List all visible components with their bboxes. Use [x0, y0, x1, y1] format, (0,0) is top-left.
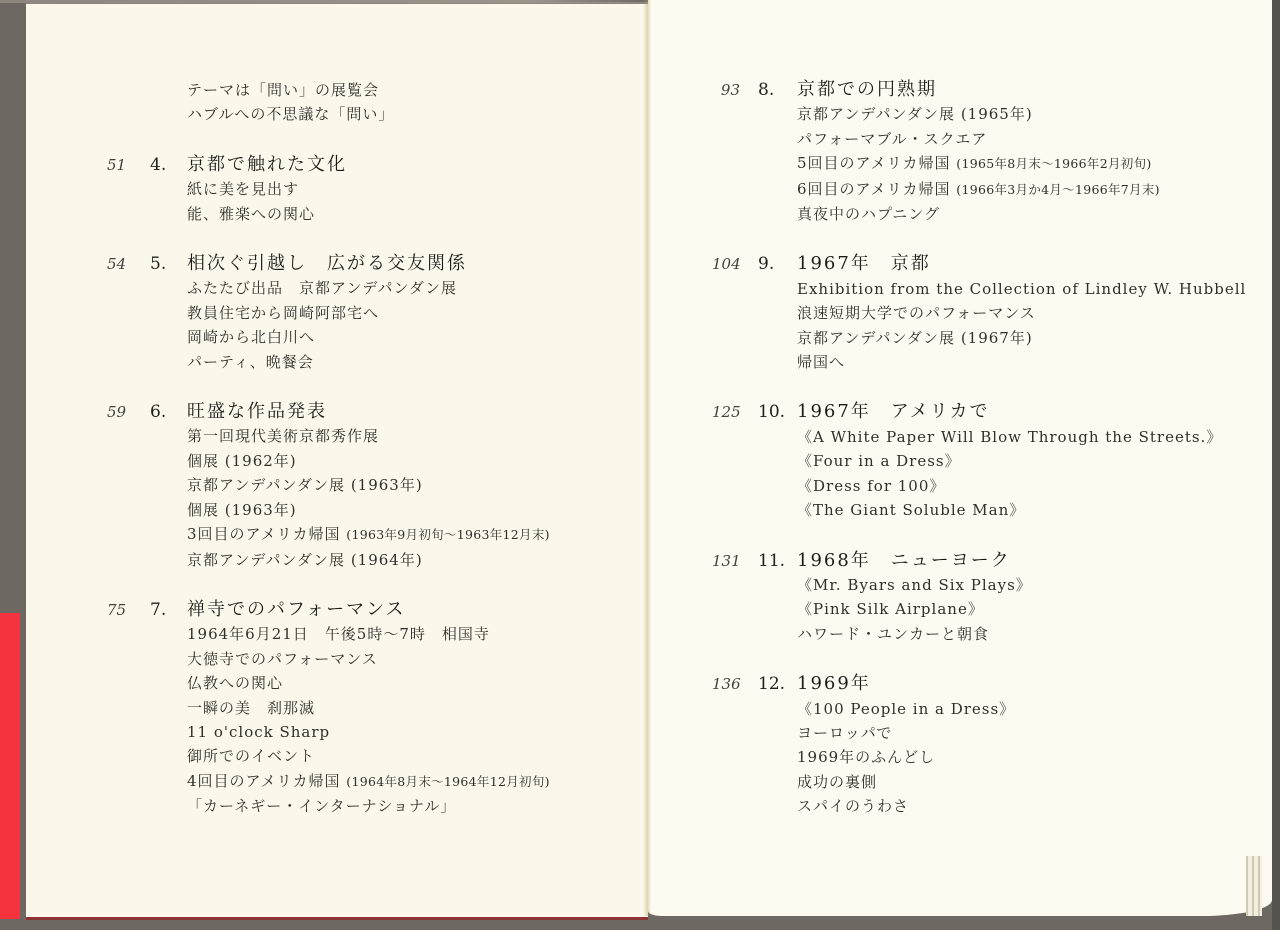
- toc-item: 仏教への関心: [107, 671, 642, 695]
- toc-item: 11 o'clock Sharp: [107, 720, 642, 744]
- toc-item-text: ハブルへの不思議な「問い」: [187, 105, 394, 123]
- toc-item-text: 京都アンデパンダン展 (1964年): [187, 551, 423, 569]
- section-number: 4.: [150, 153, 187, 177]
- section-number: 7.: [150, 598, 187, 622]
- toc-item: 《Four in a Dress》: [712, 449, 1268, 473]
- toc-item: 京都アンデパンダン展 (1965年): [712, 102, 1268, 126]
- toc-item-text: ハワード・ユンカーと朝食: [797, 625, 989, 643]
- toc-section: 131 11. 1968年 ニューヨーク 《Mr. Byars and Six …: [712, 549, 1268, 647]
- section-title: 相次ぐ引越し 広がる交友関係: [187, 252, 467, 276]
- toc-item: 成功の裏側: [712, 770, 1268, 794]
- toc-item-text: 京都アンデパンダン展 (1965年): [797, 105, 1033, 123]
- toc-item-text: 第一回現代美術京都秀作展: [187, 427, 379, 445]
- toc-item: 能、雅楽への関心: [107, 202, 642, 226]
- toc-item-text: 3回目のアメリカ帰国: [187, 525, 341, 543]
- toc-item-text: 11 o'clock Sharp: [187, 723, 330, 741]
- toc-item-text: ふたたび出品 京都アンデパンダン展: [187, 279, 457, 297]
- toc-item-text: テーマは「問い」の展覧会: [187, 81, 379, 99]
- page-number: 136: [712, 672, 740, 696]
- toc-right-column: 93 8. 京都での円熟期 京都アンデパンダン展 (1965年) パフォーマブル…: [712, 78, 1268, 819]
- toc-item-text: Exhibition from the Collection of Lindle…: [797, 280, 1246, 298]
- toc-item: 岡崎から北白川へ: [107, 325, 642, 349]
- toc-item: 教員住宅から岡崎阿部宅へ: [107, 301, 642, 325]
- book-scan: テーマは「問い」の展覧会 ハブルへの不思議な「問い」 51 4. 京都で触れた文…: [0, 0, 1280, 930]
- toc-item: 御所でのイベント: [107, 744, 642, 768]
- toc-item: 紙に美を見出す: [107, 177, 642, 201]
- toc-section: 51 4. 京都で触れた文化 紙に美を見出す 能、雅楽への関心: [107, 153, 642, 226]
- toc-item-text: 京都アンデパンダン展 (1967年): [797, 329, 1033, 347]
- toc-left-column: テーマは「問い」の展覧会 ハブルへの不思議な「問い」 51 4. 京都で触れた文…: [107, 78, 642, 819]
- page-number: 93: [712, 78, 740, 102]
- toc-section: 136 12. 1969年 《100 People in a Dress》 ヨー…: [712, 672, 1268, 818]
- toc-item: 京都アンデパンダン展 (1967年): [712, 326, 1268, 350]
- spine-gutter-shadow: [643, 0, 651, 916]
- toc-item: 個展 (1962年): [107, 449, 642, 473]
- toc-item: ふたたび出品 京都アンデパンダン展: [107, 276, 642, 300]
- toc-item: パーティ、晩餐会: [107, 350, 642, 374]
- section-title: 京都での円熟期: [797, 78, 937, 102]
- toc-item: ヨーロッパで: [712, 721, 1268, 745]
- toc-section-heading-row: 54 5. 相次ぐ引越し 広がる交友関係: [107, 252, 642, 276]
- toc-item-text: 仏教への関心: [187, 674, 283, 692]
- toc-section-heading-row: 131 11. 1968年 ニューヨーク: [712, 549, 1268, 573]
- toc-section: 125 10. 1967年 アメリカで 《A White Paper Will …: [712, 400, 1268, 522]
- section-number: 9.: [758, 252, 797, 276]
- toc-section-heading-row: 51 4. 京都で触れた文化: [107, 153, 642, 177]
- toc-item: 浪速短期大学でのパフォーマンス: [712, 301, 1268, 325]
- toc-item-text: 4回目のアメリカ帰国: [187, 772, 341, 790]
- toc-item: ハブルへの不思議な「問い」: [107, 102, 642, 126]
- toc-item: 1969年のふんどし: [712, 745, 1268, 769]
- toc-item-text: 《Pink Silk Airplane》: [797, 600, 984, 618]
- toc-item: 真夜中のハプニング: [712, 202, 1268, 226]
- toc-item-text: 浪速短期大学でのパフォーマンス: [797, 304, 1036, 322]
- toc-section-heading-row: 125 10. 1967年 アメリカで: [712, 400, 1268, 424]
- toc-section-heading-row: 75 7. 禅寺でのパフォーマンス: [107, 598, 642, 622]
- toc-item: 《Dress for 100》: [712, 474, 1268, 498]
- toc-section-heading-row: 104 9. 1967年 京都: [712, 252, 1268, 276]
- toc-item: パフォーマブル・スクエア: [712, 127, 1268, 151]
- toc-section: 93 8. 京都での円熟期 京都アンデパンダン展 (1965年) パフォーマブル…: [712, 78, 1268, 226]
- section-number: 10.: [758, 400, 797, 424]
- toc-item-text: 大徳寺でのパフォーマンス: [187, 650, 378, 668]
- toc-item: ハワード・ユンカーと朝食: [712, 622, 1268, 646]
- toc-item: 《A White Paper Will Blow Through the Str…: [712, 425, 1268, 449]
- toc-item-text: 《Dress for 100》: [797, 477, 945, 495]
- page-number: 59: [107, 400, 150, 424]
- toc-section-heading-row: 93 8. 京都での円熟期: [712, 78, 1268, 102]
- page-number: 54: [107, 252, 150, 276]
- toc-item-text: 紙に美を見出す: [187, 180, 299, 198]
- toc-item: 一瞬の美 刹那滅: [107, 696, 642, 720]
- toc-section: 104 9. 1967年 京都 Exhibition from the Coll…: [712, 252, 1268, 374]
- toc-item-text: 《Mr. Byars and Six Plays》: [797, 576, 1032, 594]
- page-number: 51: [107, 153, 150, 177]
- toc-item-text: パーティ、晩餐会: [187, 353, 314, 371]
- toc-item-text: 「カーネギー・インターナショナル」: [187, 797, 456, 815]
- toc-item-text: 《Four in a Dress》: [797, 452, 961, 470]
- toc-item-text: 個展 (1963年): [187, 501, 297, 519]
- page-number: 131: [712, 549, 740, 573]
- toc-item: 個展 (1963年): [107, 498, 642, 522]
- toc-item-note: (1963年9月初旬～1963年12月末): [346, 527, 550, 542]
- toc-item-text: 一瞬の美 刹那滅: [187, 699, 315, 717]
- toc-item-text: パフォーマブル・スクエア: [797, 130, 987, 148]
- toc-item: 「カーネギー・インターナショナル」: [107, 794, 642, 818]
- section-title: 京都で触れた文化: [187, 153, 347, 177]
- page-number: 75: [107, 598, 150, 622]
- section-title: 旺盛な作品発表: [187, 400, 327, 424]
- toc-item: テーマは「問い」の展覧会: [107, 78, 642, 102]
- toc-item-text: 御所でのイベント: [187, 747, 315, 765]
- page-top-edge: [0, 0, 650, 3]
- section-title: 1969年: [797, 672, 871, 696]
- page-stack-edge: [1246, 856, 1262, 916]
- toc-item: 帰国へ: [712, 350, 1268, 374]
- toc-item-text: 岡崎から北白川へ: [187, 328, 315, 346]
- toc-item-note: (1966年3月か4月～1966年7月末): [956, 182, 1160, 197]
- toc-section: 59 6. 旺盛な作品発表 第一回現代美術京都秀作展 個展 (1962年) 京都…: [107, 400, 642, 572]
- toc-item-text: 《A White Paper Will Blow Through the Str…: [797, 428, 1222, 446]
- toc-item-text: 1964年6月21日 午後5時～7時 相国寺: [187, 625, 490, 643]
- toc-item-text: 京都アンデパンダン展 (1963年): [187, 476, 423, 494]
- toc-item-note: (1964年8月末～1964年12月初旬): [346, 774, 550, 789]
- toc-item: 《Mr. Byars and Six Plays》: [712, 573, 1268, 597]
- toc-section-heading-row: 136 12. 1969年: [712, 672, 1268, 696]
- section-title: 1968年 ニューヨーク: [797, 549, 1011, 573]
- toc-item-text: 6回目のアメリカ帰国: [797, 180, 951, 198]
- page-number: 104: [712, 252, 740, 276]
- toc-item-text: 《100 People in a Dress》: [797, 700, 1015, 718]
- toc-item-note: (1965年8月末～1966年2月初旬): [956, 156, 1151, 171]
- toc-item: 大徳寺でのパフォーマンス: [107, 647, 642, 671]
- toc-item: 6回目のアメリカ帰国 (1966年3月か4月～1966年7月末): [712, 177, 1268, 202]
- toc-item-text: スパイのうわさ: [797, 797, 909, 815]
- toc-item: 京都アンデパンダン展 (1963年): [107, 473, 642, 497]
- page-number: 125: [712, 400, 740, 424]
- section-title: 禅寺でのパフォーマンス: [187, 598, 406, 622]
- toc-item-text: 真夜中のハプニング: [797, 205, 940, 223]
- toc-item: 4回目のアメリカ帰国 (1964年8月末～1964年12月初旬): [107, 769, 642, 794]
- toc-section: 54 5. 相次ぐ引越し 広がる交友関係 ふたたび出品 京都アンデパンダン展 教…: [107, 252, 642, 374]
- toc-item: 3回目のアメリカ帰国 (1963年9月初旬～1963年12月末): [107, 522, 642, 547]
- section-title: 1967年 アメリカで: [797, 400, 990, 424]
- red-cover-edge: [0, 613, 20, 919]
- toc-item-text: 教員住宅から岡崎阿部宅へ: [187, 304, 379, 322]
- right-paper-edge: [1272, 0, 1280, 930]
- toc-item-text: 《The Giant Soluble Man》: [797, 501, 1025, 519]
- section-title: 1967年 京都: [797, 252, 931, 276]
- section-number: 8.: [758, 78, 797, 102]
- toc-item: Exhibition from the Collection of Lindle…: [712, 277, 1268, 301]
- toc-item-text: 能、雅楽への関心: [187, 205, 315, 223]
- toc-item: 《Pink Silk Airplane》: [712, 597, 1268, 621]
- toc-item: 5回目のアメリカ帰国 (1965年8月末～1966年2月初旬): [712, 151, 1268, 176]
- section-number: 5.: [150, 252, 187, 276]
- toc-item: 《100 People in a Dress》: [712, 697, 1268, 721]
- toc-item: 第一回現代美術京都秀作展: [107, 424, 642, 448]
- toc-item-text: 個展 (1962年): [187, 452, 297, 470]
- toc-item-text: ヨーロッパで: [797, 724, 892, 742]
- toc-item-text: 1969年のふんどし: [797, 748, 935, 766]
- toc-section-heading-row: 59 6. 旺盛な作品発表: [107, 400, 642, 424]
- toc-intro-block: テーマは「問い」の展覧会 ハブルへの不思議な「問い」: [107, 78, 642, 127]
- section-number: 11.: [758, 549, 797, 573]
- toc-item: 《The Giant Soluble Man》: [712, 498, 1268, 522]
- toc-item: 京都アンデパンダン展 (1964年): [107, 548, 642, 572]
- toc-section: 75 7. 禅寺でのパフォーマンス 1964年6月21日 午後5時～7時 相国寺…: [107, 598, 642, 819]
- toc-item-text: 帰国へ: [797, 353, 845, 371]
- section-number: 12.: [758, 672, 797, 696]
- toc-item-text: 5回目のアメリカ帰国: [797, 154, 951, 172]
- toc-item: スパイのうわさ: [712, 794, 1268, 818]
- toc-item: 1964年6月21日 午後5時～7時 相国寺: [107, 622, 642, 646]
- toc-item-text: 成功の裏側: [797, 773, 877, 791]
- section-number: 6.: [150, 400, 187, 424]
